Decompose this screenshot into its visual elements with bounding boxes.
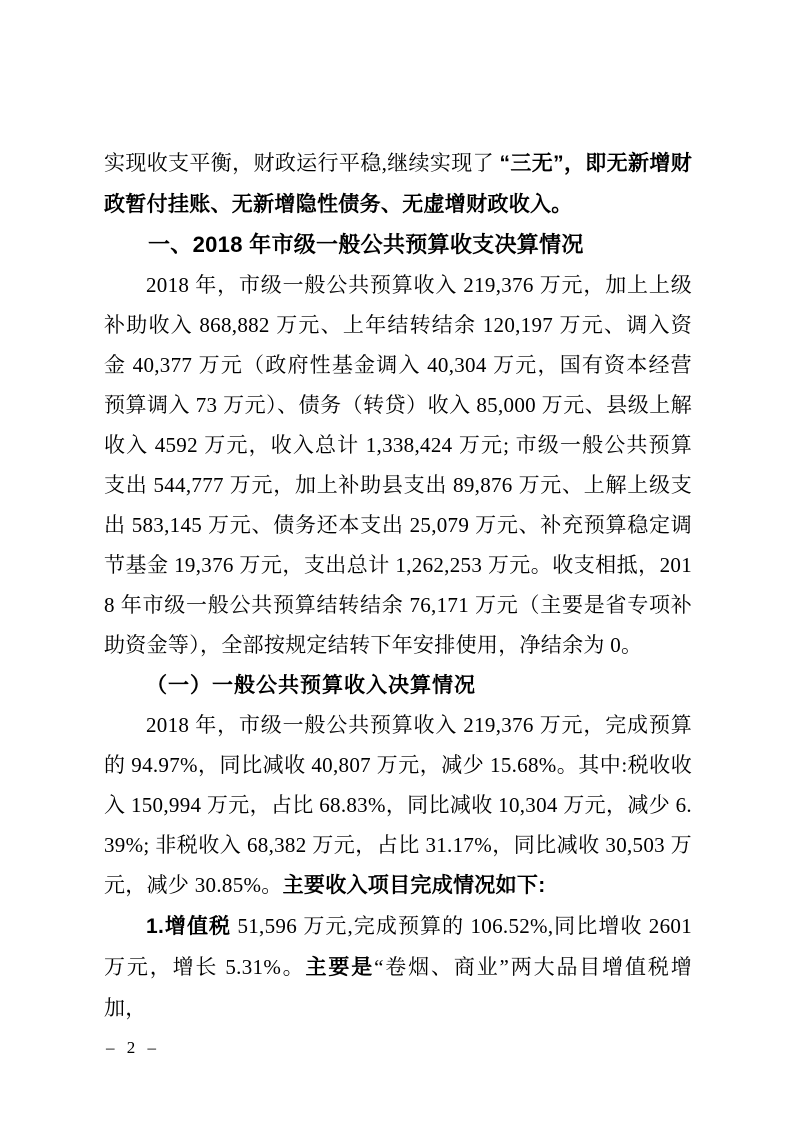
paragraph-carryover: 实现收支平衡，财政运行平稳,继续实现了 “三无”，即无新增财政暂付挂账、无新增隐… [104, 143, 692, 225]
paragraph-text: 2018 年，市级一般公共预算收入 219,376 万元，完成预算的 94.97… [104, 713, 692, 897]
section-heading-budget-overview: 一、2018 年市级一般公共预算收支决算情况 [104, 225, 692, 265]
document-body: 实现收支平衡，财政运行平稳,继续实现了 “三无”，即无新增财政暂付挂账、无新增隐… [104, 143, 692, 1028]
page-number: – 2 – [106, 1038, 160, 1058]
paragraph-budget-summary: 2018 年，市级一般公共预算收入 219,376 万元，加上上级补助收入 86… [104, 265, 692, 665]
paragraph-vat-item: 1.增值税 51,596 万元,完成预算的 106.52%,同比增收 2601 … [104, 906, 692, 1028]
paragraph-revenue-detail: 2018 年，市级一般公共预算收入 219,376 万元，完成预算的 94.97… [104, 705, 692, 906]
paragraph-bold-text: 主要是 [306, 956, 375, 979]
paragraph-bold-text: 主要收入项目完成情况如下: [283, 874, 546, 897]
vat-item-label: 1.增值税 [146, 915, 231, 938]
subsection-heading-revenue-accounts: （一）一般公共预算收入决算情况 [104, 665, 692, 705]
paragraph-text: 实现收支平衡，财政运行平稳,继续实现了 [104, 151, 500, 175]
document-page: 实现收支平衡，财政运行平稳,继续实现了 “三无”，即无新增财政暂付挂账、无新增隐… [0, 0, 793, 1122]
